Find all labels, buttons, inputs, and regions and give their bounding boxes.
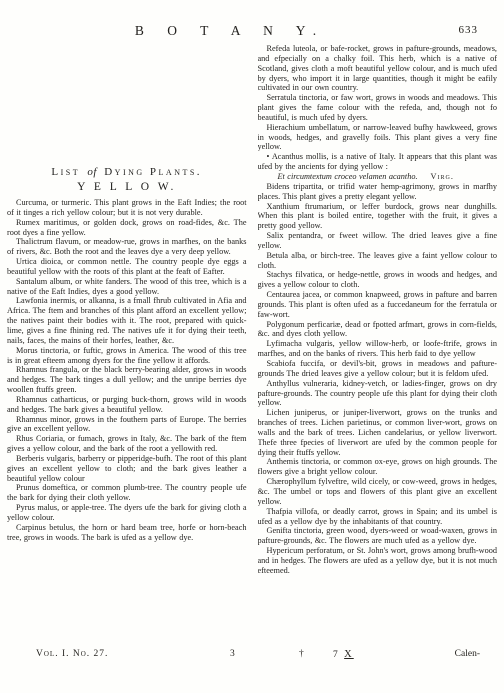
paragraph: Serratula tinctoria, or faw wort, grows … [258,93,498,123]
section-heading: List of Dying Plants. [7,166,247,178]
paragraph: Lichen juniperus, or juniper-liverwort, … [258,408,498,457]
paragraph: Rhamnus frangula, or the black berry-bea… [7,365,247,395]
paragraph: Rhus Coriaria, or fumach, grows in Italy… [7,434,247,454]
page-title: B O T A N Y. [135,23,325,38]
paragraph: Thafpia villofa, or deadly carrot, grows… [258,507,498,527]
paragraph: Chærophyllum fylveftre, wild cicely, or … [258,477,498,507]
paragraph: Curcuma, or turmeric. This plant grows i… [7,198,247,218]
right-column: Refeda luteola, or bafe-rocket, grows in… [258,44,498,648]
section-heading-conjunction: of [87,166,97,178]
left-column-paragraphs: Curcuma, or turmeric. This plant grows i… [7,198,247,543]
latin-quote: Et circumtextum croceo velamen acantho.V… [258,172,498,182]
paragraph: Genifta tinctoria, green wood, dyers-wee… [258,526,498,546]
section-heading-word1: List [51,166,80,178]
right-column-paragraphs: Refeda luteola, or bafe-rocket, grows in… [258,44,498,576]
page-footer: Vol. I. No. 27. 3 † 7 X Calen- [0,649,504,663]
dagger-mark: † [299,649,304,659]
paragraph: Centaurea jacea, or common knapweed, gro… [258,290,498,320]
paragraph: Santalum album, or white fanders. The wo… [7,277,247,297]
paragraph: Berberis vulgaris, barberry or pipperidg… [7,454,247,484]
paragraph: Hierachium umbellatum, or narrow-leaved … [258,123,498,153]
paragraph: Carpinus betulus, the horn or hard beam … [7,523,247,543]
section-heading-word2: Dying Plants. [104,166,202,178]
signature-mark-left: 3 [230,649,235,659]
color-subheading: Y E L L O W. [7,181,247,193]
paragraph: Polygonum perficariæ, dead or fpotted ar… [258,320,498,340]
paragraph: Morus tinctoria, or fuftic, grows in Ame… [7,346,247,366]
left-column: List of Dying Plants. Y E L L O W. Curcu… [7,44,247,648]
press-signature-letter: X [344,649,354,660]
paragraph: Lawfonia inermis, or alkanna, is a fmall… [7,296,247,345]
book-page: B O T A N Y. 633 List of Dying Plants. Y… [0,0,504,693]
paragraph: Pyrus malus, or apple-tree. The dyers uf… [7,503,247,523]
paragraph: Salix pentandra, or fweet willow. The dr… [258,231,498,251]
paragraph: Urtica dioica, or common nettle. The cou… [7,257,247,277]
press-signature: 7 X [333,649,354,660]
quote-text: Et circumtextum croceo velamen acantho. [278,172,418,181]
paragraph: Thalictrum flavum, or meadow-rue, grows … [7,237,247,257]
paragraph: Anthemis tinctoria, or common ox-eye, gr… [258,457,498,477]
left-column-spacer [7,44,247,166]
press-signature-number: 7 [333,650,340,660]
paragraph: Anthyllus vulneraria, kidney-vetch, or l… [258,379,498,409]
paragraph: Hypericum perforatum, or St. John's wort… [258,546,498,576]
paragraph: Rhamnus catharticus, or purging buck-tho… [7,395,247,415]
paragraph: • Acanthus mollis, is a native of Italy.… [258,152,498,172]
paragraph: Rumex maritimus, or golden dock, grows o… [7,218,247,238]
running-head: B O T A N Y. [0,22,460,40]
text-columns: List of Dying Plants. Y E L L O W. Curcu… [7,44,497,648]
paragraph: Betula alba, or birch-tree. The leaves g… [258,251,498,271]
catchword: Calen- [455,649,480,659]
paragraph: Xanthium ftrumarium, or leffer burdock, … [258,202,498,232]
paragraph: Scabiofa fuccifa, or devil's-bit, grows … [258,359,498,379]
page-number: 633 [459,24,479,36]
paragraph: Bidens tripartita, or trifid water hemp-… [258,182,498,202]
volume-number: Vol. I. No. 27. [36,649,108,659]
paragraph: Refeda luteola, or bafe-rocket, grows in… [258,44,498,93]
paragraph: Rhamnus minor, grows in the fouthern par… [7,415,247,435]
paragraph: Lyfimacha vulgaris, yellow willow-herb, … [258,339,498,359]
quote-attribution: Virg. [431,172,454,181]
paragraph: Stachys filvatica, or hedge-nettle, grow… [258,270,498,290]
paragraph: Prunus domeftica, or common plumb-tree. … [7,483,247,503]
